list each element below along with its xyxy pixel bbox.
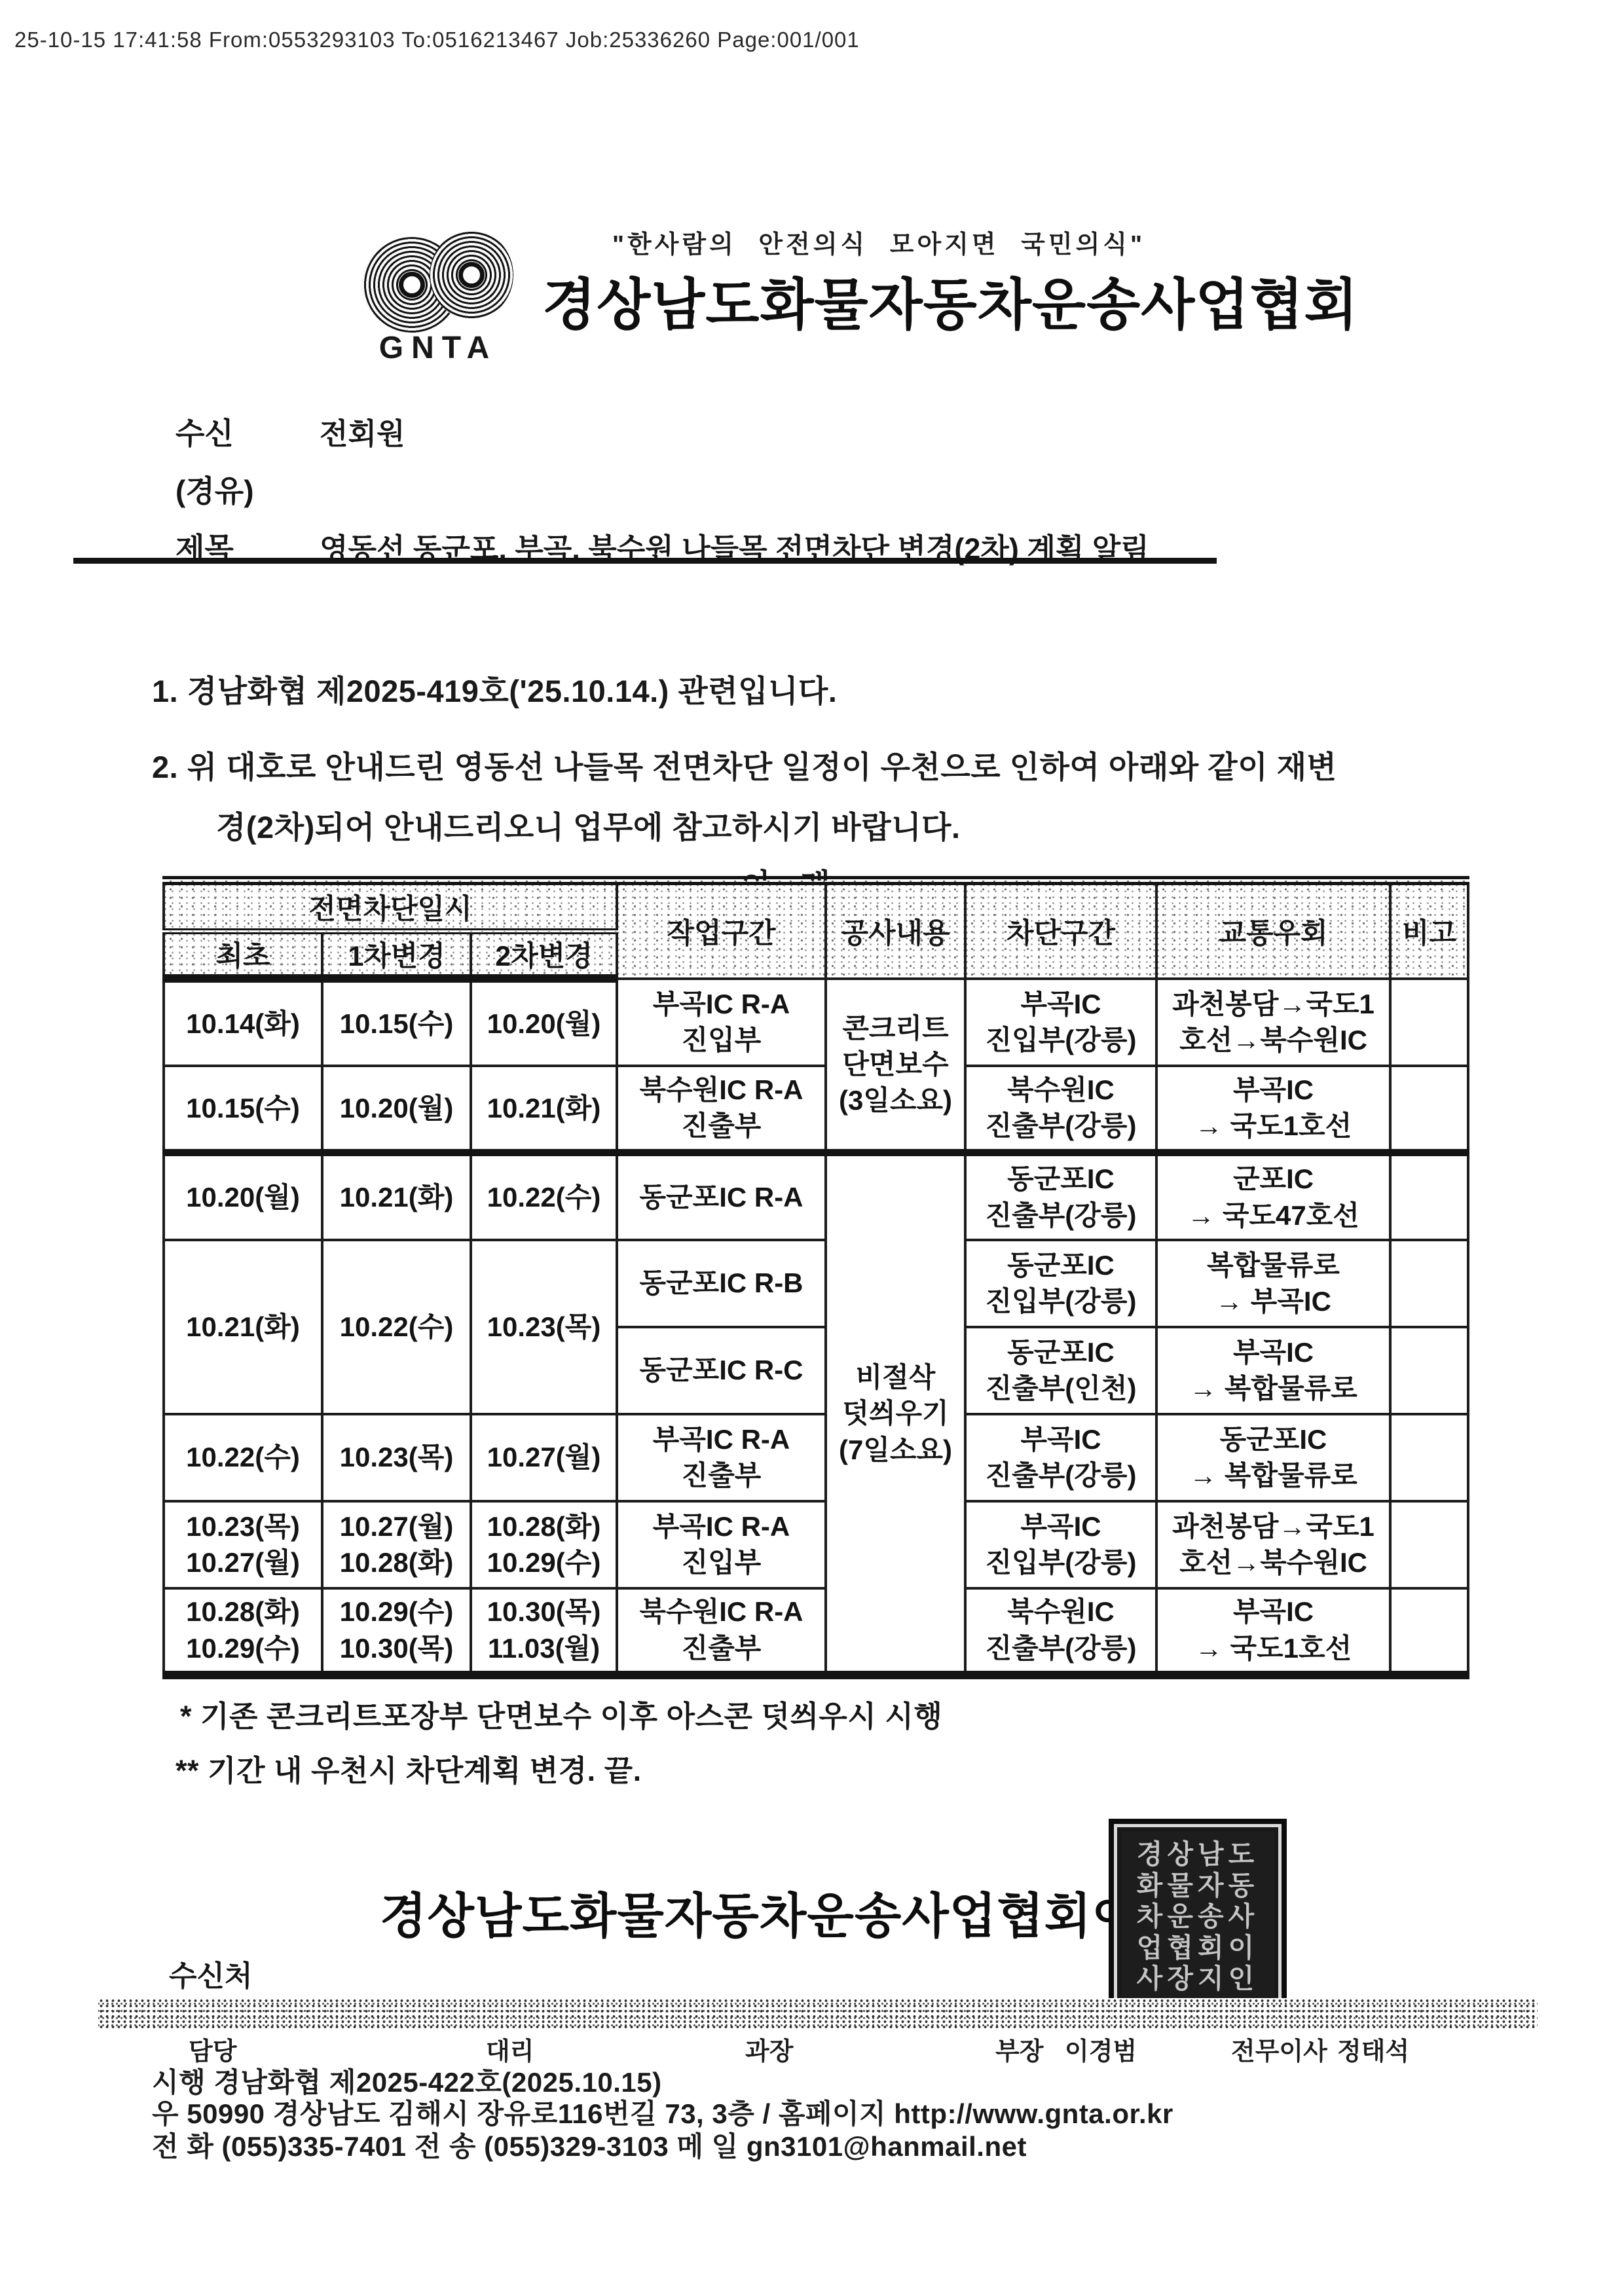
cell-change1-date: 10.29(수) 10.30(목) bbox=[322, 1588, 471, 1675]
cell-note bbox=[1390, 1501, 1468, 1588]
fax-transmission-header: 25-10-15 17:41:58 From:0553293103 To:051… bbox=[14, 27, 860, 52]
column-header-detour: 교통우회 bbox=[1156, 881, 1390, 979]
cell-note bbox=[1390, 1588, 1468, 1675]
approval-manager-label: 과장 bbox=[745, 2031, 793, 2067]
cell-closure-section: 북수원IC 진출부(강릉) bbox=[965, 1066, 1156, 1153]
cell-detour: 복합물류로 → 부곡IC bbox=[1156, 1240, 1390, 1327]
cell-change2-date: 10.20(월) bbox=[471, 979, 617, 1066]
cell-detour: 과천봉담→국도1 호선→북수원IC bbox=[1156, 979, 1390, 1066]
approval-executive-label: 전무이사 bbox=[1231, 2031, 1327, 2067]
cell-note bbox=[1390, 1153, 1468, 1240]
cell-closure-section: 북수원IC 진출부(강릉) bbox=[965, 1588, 1156, 1675]
cell-change1-date: 10.27(월) 10.28(화) bbox=[322, 1501, 471, 1588]
table-row: 10.20(월) 10.21(화) 10.22(수) 동군포IC R-A 비절삭… bbox=[164, 1153, 1468, 1240]
logo-right-disc-icon bbox=[430, 230, 513, 319]
cell-change2-date: 10.30(목) 11.03(월) bbox=[471, 1588, 617, 1675]
cell-work-section: 북수원IC R-A 진출부 bbox=[617, 1066, 826, 1153]
table-row: 10.23(목) 10.27(월) 10.27(월) 10.28(화) 10.2… bbox=[164, 1501, 1468, 1588]
cell-initial-date: 10.15(수) bbox=[164, 1066, 322, 1153]
halftone-divider-band bbox=[98, 1998, 1538, 2028]
subject-divider-rule bbox=[73, 558, 1217, 564]
cell-detour: 부곡IC → 복합물류로 bbox=[1156, 1327, 1390, 1414]
via-label: (경유) bbox=[175, 467, 254, 511]
cell-change2-date: 10.27(월) bbox=[471, 1414, 617, 1501]
cell-detour: 부곡IC → 국도1호선 bbox=[1156, 1066, 1390, 1153]
column-header-work-section: 작업구간 bbox=[617, 881, 826, 979]
cell-closure-section: 부곡IC 진입부(강릉) bbox=[965, 1501, 1156, 1588]
column-header-initial: 최초 bbox=[164, 932, 322, 979]
cell-work-section: 부곡IC R-A 진출부 bbox=[617, 1414, 826, 1501]
cell-work-section: 부곡IC R-A 진입부 bbox=[617, 979, 826, 1066]
official-seal-text: 경상남도 화물자동 차운송사 업협회이 사장지인 bbox=[1137, 1839, 1259, 1995]
cell-closure-section: 부곡IC 진입부(강릉) bbox=[965, 979, 1156, 1066]
recipient-label: 수신 bbox=[175, 410, 234, 453]
cell-closure-section: 부곡IC 진출부(강릉) bbox=[965, 1414, 1156, 1501]
cell-detour: 동군포IC → 복합물류로 bbox=[1156, 1414, 1390, 1501]
table-header-row-1: 전면차단일시 작업구간 공사내용 차단구간 교통우회 비고 bbox=[164, 881, 1468, 932]
column-header-work-content: 공사내용 bbox=[826, 881, 965, 979]
cell-change1-date: 10.20(월) bbox=[322, 1066, 471, 1153]
cell-note bbox=[1390, 979, 1468, 1066]
body-paragraph-1: 1. 경남화협 제2025-419호('25.10.14.) 관련입니다. bbox=[152, 667, 837, 711]
table-row: 10.14(화) 10.15(수) 10.20(월) 부곡IC R-A 진입부 … bbox=[164, 979, 1468, 1066]
chairman-signature-line: 경상남도화물자동차운송사업협회이사장 bbox=[380, 1878, 1234, 1947]
cell-change1-date: 10.15(수) bbox=[322, 979, 471, 1066]
column-header-closure-dates: 전면차단일시 bbox=[164, 881, 617, 932]
cell-change1-date: 10.23(목) bbox=[322, 1414, 471, 1501]
contact-line: 전 화 (055)335-7401 전 송 (055)329-3103 메 일 … bbox=[152, 2125, 1027, 2164]
fax-document-page: 25-10-15 17:41:58 From:0553293103 To:051… bbox=[0, 0, 1624, 2296]
table-row: 10.22(수) 10.23(목) 10.27(월) 부곡IC R-A 진출부 … bbox=[164, 1414, 1468, 1501]
cell-work-content: 비절삭 덧씌우기 (7일소요) bbox=[826, 1153, 965, 1675]
cell-change1-date: 10.22(수) bbox=[322, 1240, 471, 1414]
table-row: 10.15(수) 10.20(월) 10.21(화) 북수원IC R-A 진출부… bbox=[164, 1066, 1468, 1153]
gnta-logo: GNTA bbox=[360, 230, 520, 361]
cell-work-section: 동군포IC R-B bbox=[617, 1240, 826, 1327]
cell-change2-date: 10.28(화) 10.29(수) bbox=[471, 1501, 617, 1588]
cell-note bbox=[1390, 1240, 1468, 1327]
cell-change2-date: 10.22(수) bbox=[471, 1153, 617, 1240]
table-row: 10.28(화) 10.29(수) 10.29(수) 10.30(목) 10.3… bbox=[164, 1588, 1468, 1675]
cell-work-section: 동군포IC R-A bbox=[617, 1153, 826, 1240]
cell-closure-section: 동군포IC 진출부(강릉) bbox=[965, 1153, 1156, 1240]
cell-initial-date: 10.20(월) bbox=[164, 1153, 322, 1240]
organization-title: 경상남도화물자동차운송사업협회 bbox=[542, 261, 1359, 340]
footnote-1: * 기존 콘크리트포장부 단면보수 이후 아스콘 덧씌우시 시행 bbox=[180, 1692, 942, 1735]
cell-initial-date: 10.22(수) bbox=[164, 1414, 322, 1501]
column-header-note: 비고 bbox=[1390, 881, 1468, 979]
safety-slogan: "한사람의 안전의식 모아지면 국민의식" bbox=[612, 224, 1145, 260]
logo-acronym: GNTA bbox=[356, 330, 520, 366]
cell-work-section: 부곡IC R-A 진입부 bbox=[617, 1501, 826, 1588]
cell-work-section: 동군포IC R-C bbox=[617, 1327, 826, 1414]
body-paragraph-2-line2: 경(2차)되어 안내드리오니 업무에 참고하시기 바랍니다. bbox=[216, 803, 961, 847]
recipient-value: 전회원 bbox=[320, 410, 405, 452]
cell-detour: 부곡IC → 국도1호선 bbox=[1156, 1588, 1390, 1675]
column-header-change2: 2차변경 bbox=[471, 932, 617, 979]
cell-closure-section: 동군포IC 진입부(강릉) bbox=[965, 1240, 1156, 1327]
cell-initial-date: 10.23(목) 10.27(월) bbox=[164, 1501, 322, 1588]
cell-change2-date: 10.21(화) bbox=[471, 1066, 617, 1153]
cell-closure-section: 동군포IC 진출부(인천) bbox=[965, 1327, 1156, 1414]
column-header-closure-section: 차단구간 bbox=[965, 881, 1156, 979]
footnote-2: ** 기간 내 우천시 차단계획 변경. 끝. bbox=[175, 1747, 642, 1789]
cell-note bbox=[1390, 1066, 1468, 1153]
cell-initial-date: 10.14(화) bbox=[164, 979, 322, 1066]
cell-note bbox=[1390, 1327, 1468, 1414]
column-header-change1: 1차변경 bbox=[322, 932, 471, 979]
cell-note bbox=[1390, 1414, 1468, 1501]
distribution-list-label: 수신처 bbox=[169, 1952, 253, 1994]
cell-initial-date: 10.21(화) bbox=[164, 1240, 322, 1414]
approval-director-name: 이경범 bbox=[1065, 2031, 1137, 2067]
approval-executive-name: 정태석 bbox=[1337, 2031, 1409, 2067]
cell-change1-date: 10.21(화) bbox=[322, 1153, 471, 1240]
official-seal-stamp: 경상남도 화물자동 차운송사 업협회이 사장지인 bbox=[1109, 1819, 1287, 2015]
cell-work-section: 북수원IC R-A 진출부 bbox=[617, 1588, 826, 1675]
cell-detour: 군포IC → 국도47호선 bbox=[1156, 1153, 1390, 1240]
body-paragraph-2-line1: 2. 위 대호로 안내드린 영동선 나들목 전면차단 일정이 우천으로 인하여 … bbox=[152, 743, 1337, 787]
table-row: 10.21(화) 10.22(수) 10.23(목) 동군포IC R-B 동군포… bbox=[164, 1240, 1468, 1327]
closure-schedule-table: 전면차단일시 작업구간 공사내용 차단구간 교통우회 비고 최초 1차변경 2차… bbox=[162, 876, 1469, 1679]
cell-initial-date: 10.28(화) 10.29(수) bbox=[164, 1588, 322, 1675]
cell-change2-date: 10.23(목) bbox=[471, 1240, 617, 1414]
cell-detour: 과천봉담→국도1 호선→북수원IC bbox=[1156, 1501, 1390, 1588]
approval-director-label: 부장 bbox=[995, 2031, 1043, 2067]
cell-work-content: 콘크리트 단면보수 (3일소요) bbox=[826, 979, 965, 1153]
